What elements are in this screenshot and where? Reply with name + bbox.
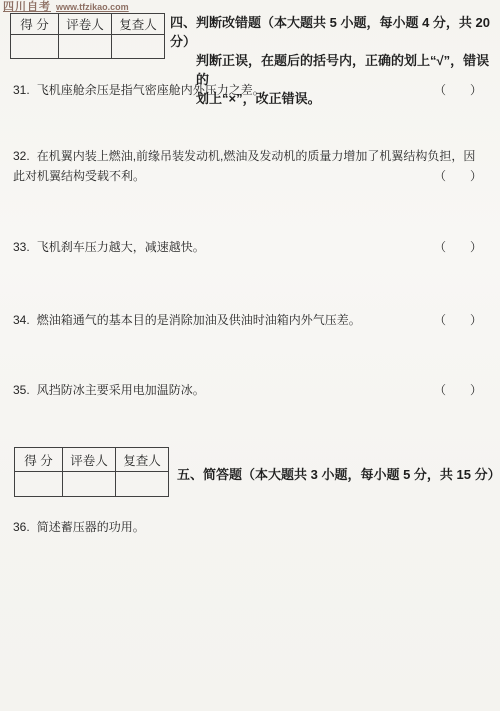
answer-bracket-33: （） (434, 237, 482, 257)
answer-bracket-32: （） (434, 166, 482, 186)
score-table-header-reviewer: 复查人 (116, 448, 169, 472)
answer-bracket-35: （） (434, 380, 482, 400)
question-35-number: 35. (13, 383, 30, 397)
score-table-header-reviewer: 复查人 (112, 14, 165, 35)
section4-heading-line1: 四、判断改错题（本大题共 5 小题，每小题 4 分，共 20 分） (170, 13, 496, 51)
question-32: 32.在机翼内装上燃油,前缘吊装发动机,燃油及发动机的质量力增加了机翼结构负担，… (13, 146, 482, 186)
question-33: 33.飞机刹车压力越大，减速越快。 （） (13, 237, 482, 257)
question-34: 34.燃油箱通气的基本目的是消除加油及供油时油箱内外气压差。 （） (13, 310, 482, 330)
question-35-text: 35.风挡防冰主要采用电加温防冰。 (13, 380, 205, 400)
question-36: 36.简述蓄压器的功用。 (13, 517, 482, 537)
answer-bracket-34: （） (434, 310, 482, 330)
question-32-text-line2: 此对机翼结构受载不利。 (13, 166, 145, 186)
score-table-header-score: 得 分 (11, 14, 59, 35)
section5-heading: 五、简答题（本大题共 3 小题，每小题 5 分，共 15 分） (177, 466, 497, 484)
score-table-section4: 得 分 评卷人 复查人 (10, 13, 165, 59)
score-table-header-grader: 评卷人 (63, 448, 116, 472)
score-table-header-grader: 评卷人 (59, 14, 112, 35)
question-34-text: 34.燃油箱通气的基本目的是消除加油及供油时油箱内外气压差。 (13, 310, 361, 330)
question-33-number: 33. (13, 240, 30, 254)
question-32-number: 32. (13, 149, 30, 163)
answer-bracket-31: （） (434, 80, 482, 100)
question-31-text: 31.飞机座舱余压是指气密座舱内外压力之差。 (13, 80, 265, 100)
question-36-text: 36.简述蓄压器的功用。 (13, 517, 482, 537)
score-table-blank-cell (112, 35, 165, 59)
score-table-section5: 得 分 评卷人 复查人 (14, 447, 169, 497)
score-table-blank-cell (15, 472, 63, 497)
scanned-exam-page: 四川自考www.tfzikao.com 得 分 评卷人 复查人 四、判断改错题（… (0, 0, 500, 711)
question-35: 35.风挡防冰主要采用电加温防冰。 （） (13, 380, 482, 400)
question-32-text-line1: 32.在机翼内装上燃油,前缘吊装发动机,燃油及发动机的质量力增加了机翼结构负担，… (13, 146, 482, 166)
score-table-blank-cell (116, 472, 169, 497)
score-table-blank-cell (11, 35, 59, 59)
watermark-site-name: 四川自考 (3, 1, 51, 13)
score-table-header-score: 得 分 (15, 448, 63, 472)
question-31-number: 31. (13, 83, 30, 97)
question-31: 31.飞机座舱余压是指气密座舱内外压力之差。 （） (13, 80, 482, 100)
question-34-number: 34. (13, 313, 30, 327)
score-table-blank-cell (59, 35, 112, 59)
score-table-blank-cell (63, 472, 116, 497)
question-33-text: 33.飞机刹车压力越大，减速越快。 (13, 237, 205, 257)
question-36-number: 36. (13, 520, 30, 534)
watermark-site-url: www.tfzikao.com (56, 2, 129, 12)
